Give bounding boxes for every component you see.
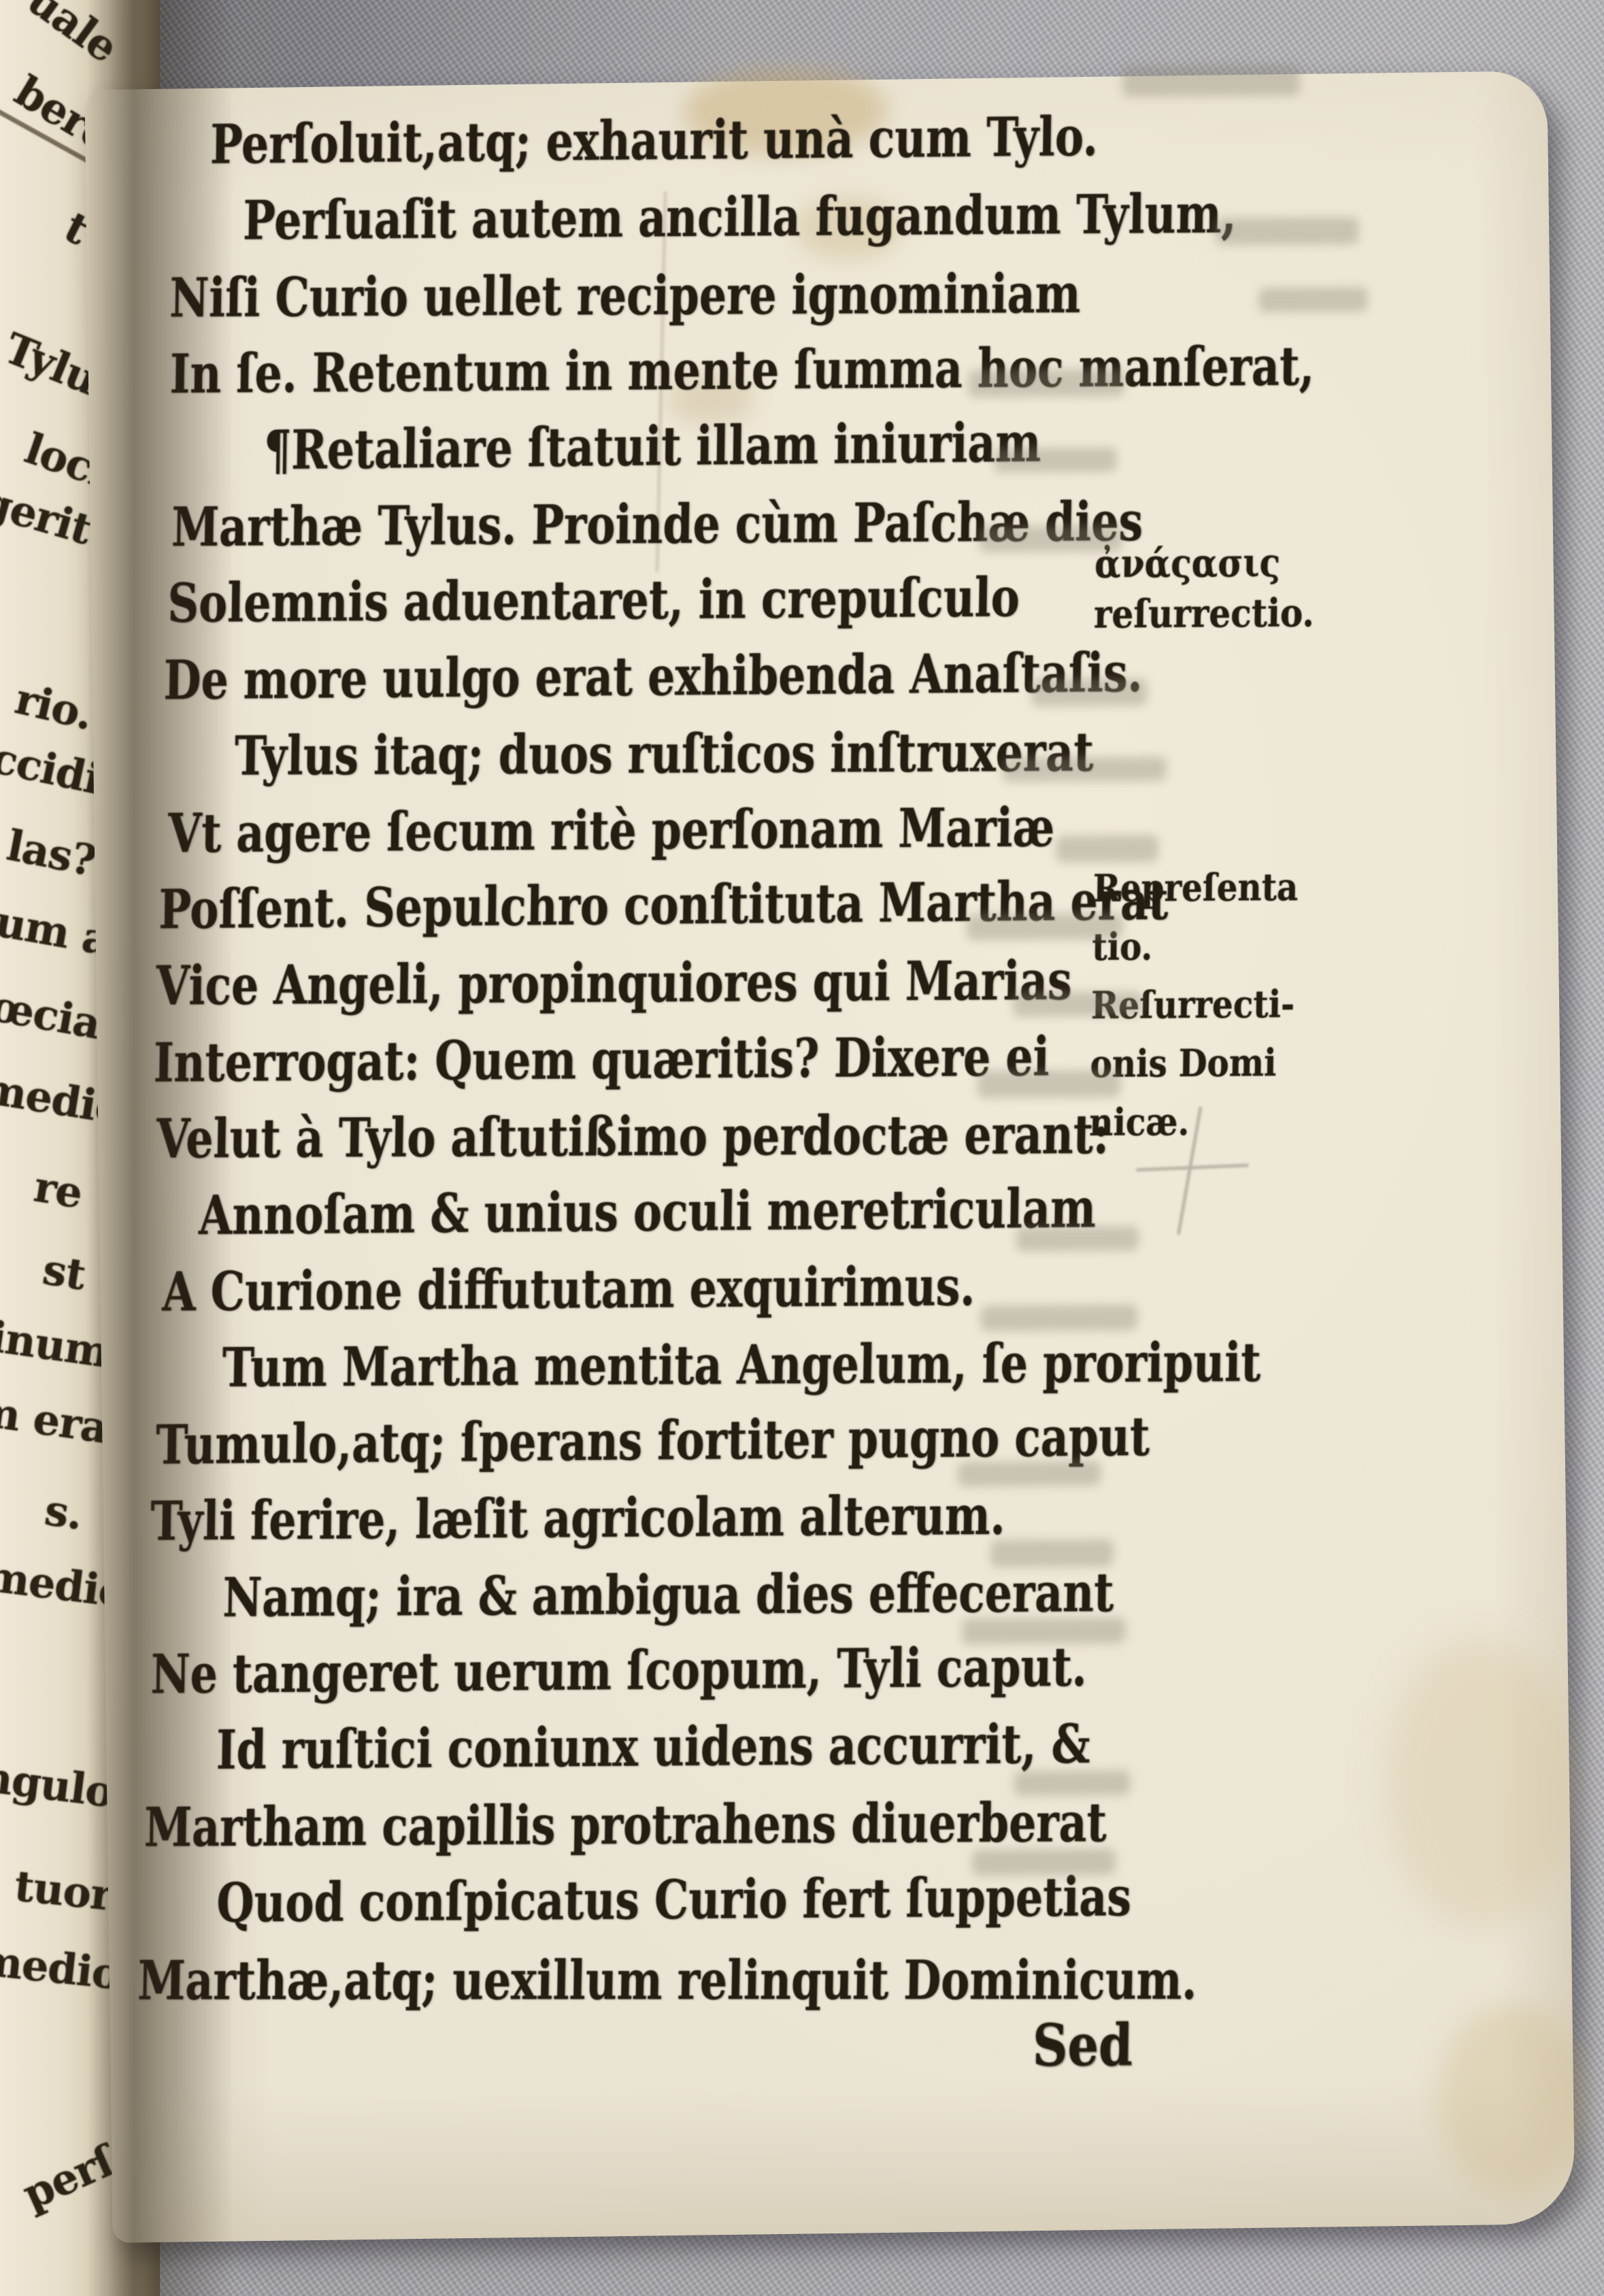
bleed-through-mark <box>962 1618 1126 1645</box>
poem-line: Vice Angeli, propinquiores qui Marias <box>156 949 1073 1018</box>
text-block: Perſoluit,atq; exhaurit unà cum Tylo.Per… <box>127 104 1492 2209</box>
poem-line: Velut à Tylo aſtutißimo perdoctæ erant: <box>156 1103 1109 1171</box>
bleed-through-mark <box>1016 1226 1139 1251</box>
bleed-through-mark <box>1014 1770 1131 1795</box>
margin-note-line: onis Domi <box>1090 1033 1296 1093</box>
book-photo: m ualebere.tTylus.locigeritur Tyrio.i oc… <box>0 0 1604 2296</box>
facing-page-fragment: m uale <box>0 0 127 72</box>
bleed-through-mark <box>1003 756 1167 782</box>
bleed-through-mark <box>994 448 1117 473</box>
poem-line: Niſi Curio uellet recipere ignominiam <box>169 262 1082 329</box>
cross-horizontal-stroke <box>1136 1163 1248 1171</box>
bleed-through-mark <box>1031 678 1148 706</box>
margin-note-latin-word: reſurrectio. <box>1093 588 1314 640</box>
poem-line: In ſe. Retentum in mente ſumma hoc manſe… <box>169 335 1315 406</box>
bleed-through-mark <box>1122 65 1300 97</box>
poem-line: Ne tangeret uerum ſcopum, Tyli caput. <box>150 1635 1087 1706</box>
margin-note-line: Repreſenta <box>1092 858 1299 918</box>
poem-line: Perſoluit,atq; exhaurit unà cum Tylo. <box>210 105 1099 176</box>
facing-page-fragment: st <box>40 1244 89 1300</box>
margin-note-greek-word: ἀνάςασις <box>1095 538 1316 590</box>
pencil-cross-mark <box>1129 1105 1253 1235</box>
bleed-through-mark <box>981 1304 1138 1331</box>
bleed-through-mark <box>967 914 1124 941</box>
book-page: Perſoluit,atq; exhaurit unà cum Tylo.Per… <box>84 71 1575 2243</box>
bleed-through-mark <box>958 1461 1101 1486</box>
poem-line: Vt agere ſecum ritè perſonam Mariæ <box>167 795 1055 865</box>
margin-note-anastasis: ἀνάςασις reſurrectio. <box>1093 538 1315 640</box>
poem-line: Id ruſtici coniunx uidens accurrit, & <box>216 1712 1090 1782</box>
poem-line: Quod conſpicatus Curio fert ſuppetias <box>216 1865 1132 1935</box>
bleed-through-mark <box>980 526 1123 552</box>
facing-page-fragment: re <box>31 1161 86 1218</box>
bleed-through-mark <box>978 1070 1121 1098</box>
bleed-through-mark <box>1258 287 1368 312</box>
poem-line: Interrogat: Quem quæritis? Dixere ei <box>153 1025 1050 1094</box>
poem-line: Tum Martha mentita Angelum, ſe proripuit <box>222 1331 1261 1399</box>
catchword: Sed <box>1032 2011 1133 2079</box>
poem-line: De more uulgo erat exhibenda Anaſtaſis. <box>163 641 1143 712</box>
facing-page-fragment: las? <box>3 820 99 886</box>
bleed-through-mark <box>1216 217 1359 245</box>
bleed-through-mark <box>1013 991 1143 1016</box>
poem-line: Tyli ferire, læſit agricolam alterum. <box>150 1484 1006 1553</box>
poem-line: Perſuaſit autem ancilla fugandum Tylum, <box>243 182 1237 252</box>
facing-page-fragment: s. <box>41 1485 85 1540</box>
poem-line: ¶Retaliare ſtatuit illam iniuriam <box>264 410 1041 482</box>
cross-vertical-stroke <box>1177 1107 1203 1235</box>
poem-line: Marthæ,atq; uexillum relinquit Dominicum… <box>137 1948 1198 2012</box>
poem-line: A Curione diffututam exquirimus. <box>162 1254 975 1323</box>
bleed-through-mark <box>972 1849 1116 1876</box>
bleed-through-mark <box>968 369 1125 397</box>
facing-page-fragment: tuor <box>12 1861 115 1920</box>
facing-page-fragment: rio. <box>11 673 98 739</box>
poem-line: Tylus itaq; duos ruſticos inſtruxerat <box>234 720 1094 788</box>
poem-line: Martham capillis protrahens diuerberat <box>144 1791 1107 1859</box>
poem-line: Solemnis aduentaret, in crepuſculo <box>167 566 1020 635</box>
bleed-through-mark <box>1056 835 1158 863</box>
bleed-through-mark <box>990 1540 1114 1567</box>
poem-line: Annoſam & unius oculi meretriculam <box>199 1176 1097 1247</box>
